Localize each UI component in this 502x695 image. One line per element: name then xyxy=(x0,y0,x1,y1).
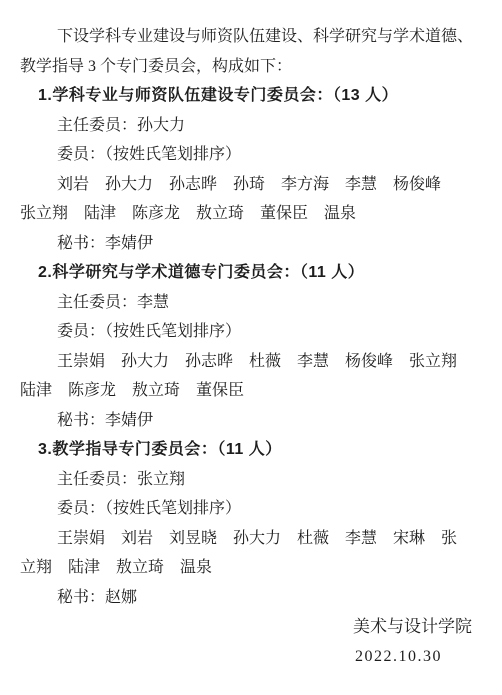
signature-org: 美术与设计学院 xyxy=(20,612,482,642)
committee-1-heading: 1.学科专业与师资队伍建设专门委员会：（13 人） xyxy=(20,81,482,111)
committee-3-members-line-1: 王崇娟 刘岩 刘昱晓 孙大力 杜薇 李慧 宋琳 张 xyxy=(20,524,482,554)
intro-line-1: 下设学科专业建设与师资队伍建设、科学研究与学术道德、 xyxy=(20,22,482,52)
intro-line-2: 教学指导 3 个专门委员会，构成如下： xyxy=(20,52,482,82)
committee-2-chair: 主任委员：李慧 xyxy=(20,288,482,318)
committee-1-members-label: 委员：（按姓氏笔划排序） xyxy=(20,140,482,170)
committee-1-members-line-2: 张立翔 陆津 陈彦龙 敖立琦 董保臣 温泉 xyxy=(20,199,482,229)
document-page: 下设学科专业建设与师资队伍建设、科学研究与学术道德、 教学指导 3 个专门委员会… xyxy=(0,0,502,695)
committee-3-heading: 3.教学指导专门委员会：（11 人） xyxy=(20,435,482,465)
signature-date: 2022.10.30 xyxy=(20,642,482,672)
committee-1-members-line-1: 刘岩 孙大力 孙志晔 孙琦 李方海 李慧 杨俊峰 xyxy=(20,170,482,200)
committee-3-chair: 主任委员：张立翔 xyxy=(20,465,482,495)
committee-2-members-line-2: 陆津 陈彦龙 敖立琦 董保臣 xyxy=(20,376,482,406)
committee-2-members-label: 委员：（按姓氏笔划排序） xyxy=(20,317,482,347)
committee-1-secretary: 秘书：李婧伊 xyxy=(20,229,482,259)
committee-2-heading: 2.科学研究与学术道德专门委员会：（11 人） xyxy=(20,258,482,288)
committee-3-members-line-2: 立翔 陆津 敖立琦 温泉 xyxy=(20,553,482,583)
committee-1-chair: 主任委员：孙大力 xyxy=(20,111,482,141)
committee-2-members-line-1: 王崇娟 孙大力 孙志晔 杜薇 李慧 杨俊峰 张立翔 xyxy=(20,347,482,377)
committee-3-secretary: 秘书：赵娜 xyxy=(20,583,482,613)
committee-2-secretary: 秘书：李婧伊 xyxy=(20,406,482,436)
committee-3-members-label: 委员：（按姓氏笔划排序） xyxy=(20,494,482,524)
